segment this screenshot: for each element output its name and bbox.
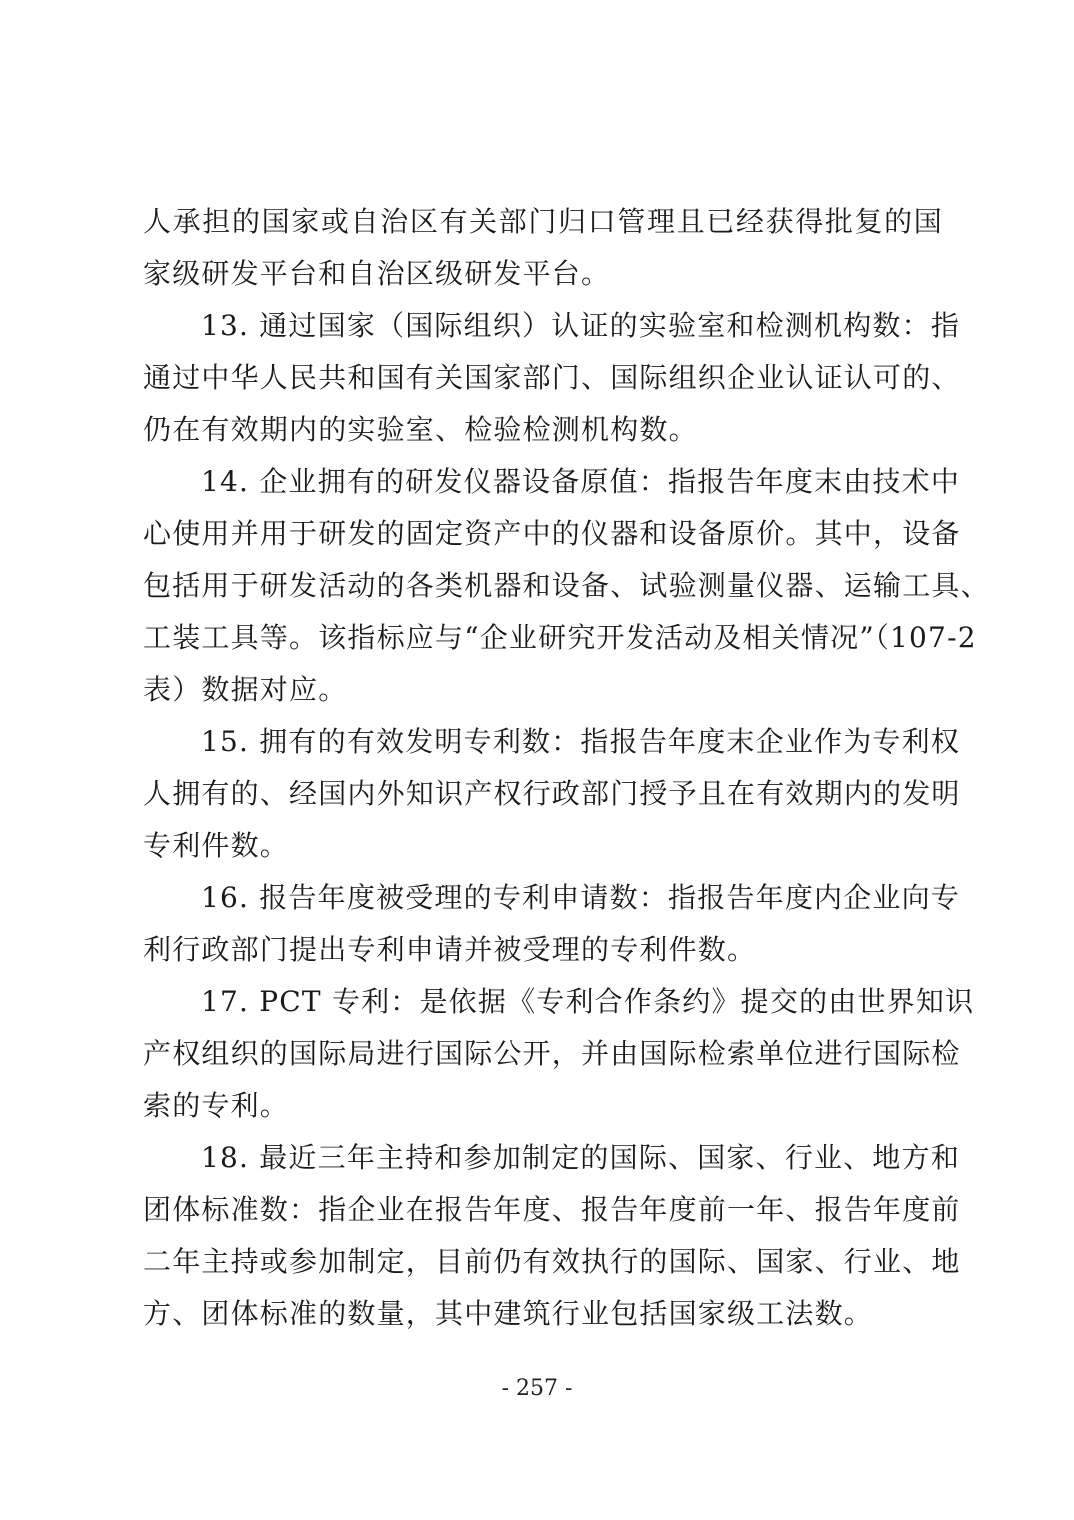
text-line: 人拥有的、经国内外知识产权行政部门授予且在有效期内的发明 <box>143 768 943 820</box>
text-line: 仍在有效期内的实验室、检验检测机构数。 <box>143 404 943 456</box>
paragraph-15: 15. 拥有的有效发明专利数：指报告年度末企业作为专利权 人拥有的、经国内外知识… <box>143 716 943 872</box>
text-line: 团体标准数：指企业在报告年度、报告年度前一年、报告年度前 <box>143 1184 943 1236</box>
text-line: 二年主持或参加制定，目前仍有效执行的国际、国家、行业、地 <box>143 1236 943 1288</box>
text-line: 18. 最近三年主持和参加制定的国际、国家、行业、地方和 <box>143 1132 943 1184</box>
paragraph-12-continuation: 人承担的国家或自治区有关部门归口管理且已经获得批复的国 家级研发平台和自治区级研… <box>143 196 943 300</box>
text-line: 索的专利。 <box>143 1080 943 1132</box>
text-line: 人承担的国家或自治区有关部门归口管理且已经获得批复的国 <box>143 196 943 248</box>
document-body: 人承担的国家或自治区有关部门归口管理且已经获得批复的国 家级研发平台和自治区级研… <box>143 196 943 1340</box>
paragraph-13: 13. 通过国家（国际组织）认证的实验室和检测机构数：指 通过中华人民共和国有关… <box>143 300 943 456</box>
text-line: 产权组织的国际局进行国际公开，并由国际检索单位进行国际检 <box>143 1028 943 1080</box>
text-line: 专利件数。 <box>143 820 943 872</box>
text-line: 通过中华人民共和国有关国家部门、国际组织企业认证认可的、 <box>143 352 943 404</box>
text-line: 心使用并用于研发的固定资产中的仪器和设备原价。其中，设备 <box>143 508 943 560</box>
text-line: 16. 报告年度被受理的专利申请数：指报告年度内企业向专 <box>143 872 943 924</box>
page-number: - 257 - <box>0 1376 1074 1401</box>
paragraph-18: 18. 最近三年主持和参加制定的国际、国家、行业、地方和 团体标准数：指企业在报… <box>143 1132 943 1340</box>
text-line: 表）数据对应。 <box>143 664 943 716</box>
text-line: 13. 通过国家（国际组织）认证的实验室和检测机构数：指 <box>143 300 943 352</box>
paragraph-17: 17. PCT 专利：是依据《专利合作条约》提交的由世界知识 产权组织的国际局进… <box>143 976 943 1132</box>
paragraph-14: 14. 企业拥有的研发仪器设备原值：指报告年度末由技术中 心使用并用于研发的固定… <box>143 456 943 716</box>
text-line: 17. PCT 专利：是依据《专利合作条约》提交的由世界知识 <box>143 976 943 1028</box>
paragraph-16: 16. 报告年度被受理的专利申请数：指报告年度内企业向专 利行政部门提出专利申请… <box>143 872 943 976</box>
text-line: 14. 企业拥有的研发仪器设备原值：指报告年度末由技术中 <box>143 456 943 508</box>
text-line: 包括用于研发活动的各类机器和设备、试验测量仪器、运输工具、 <box>143 560 943 612</box>
text-line: 方、团体标准的数量，其中建筑行业包括国家级工法数。 <box>143 1288 943 1340</box>
text-line: 家级研发平台和自治区级研发平台。 <box>143 248 943 300</box>
text-line: 利行政部门提出专利申请并被受理的专利件数。 <box>143 924 943 976</box>
text-line: 15. 拥有的有效发明专利数：指报告年度末企业作为专利权 <box>143 716 943 768</box>
text-line: 工装工具等。该指标应与“企业研究开发活动及相关情况”（107-2 <box>143 612 943 664</box>
